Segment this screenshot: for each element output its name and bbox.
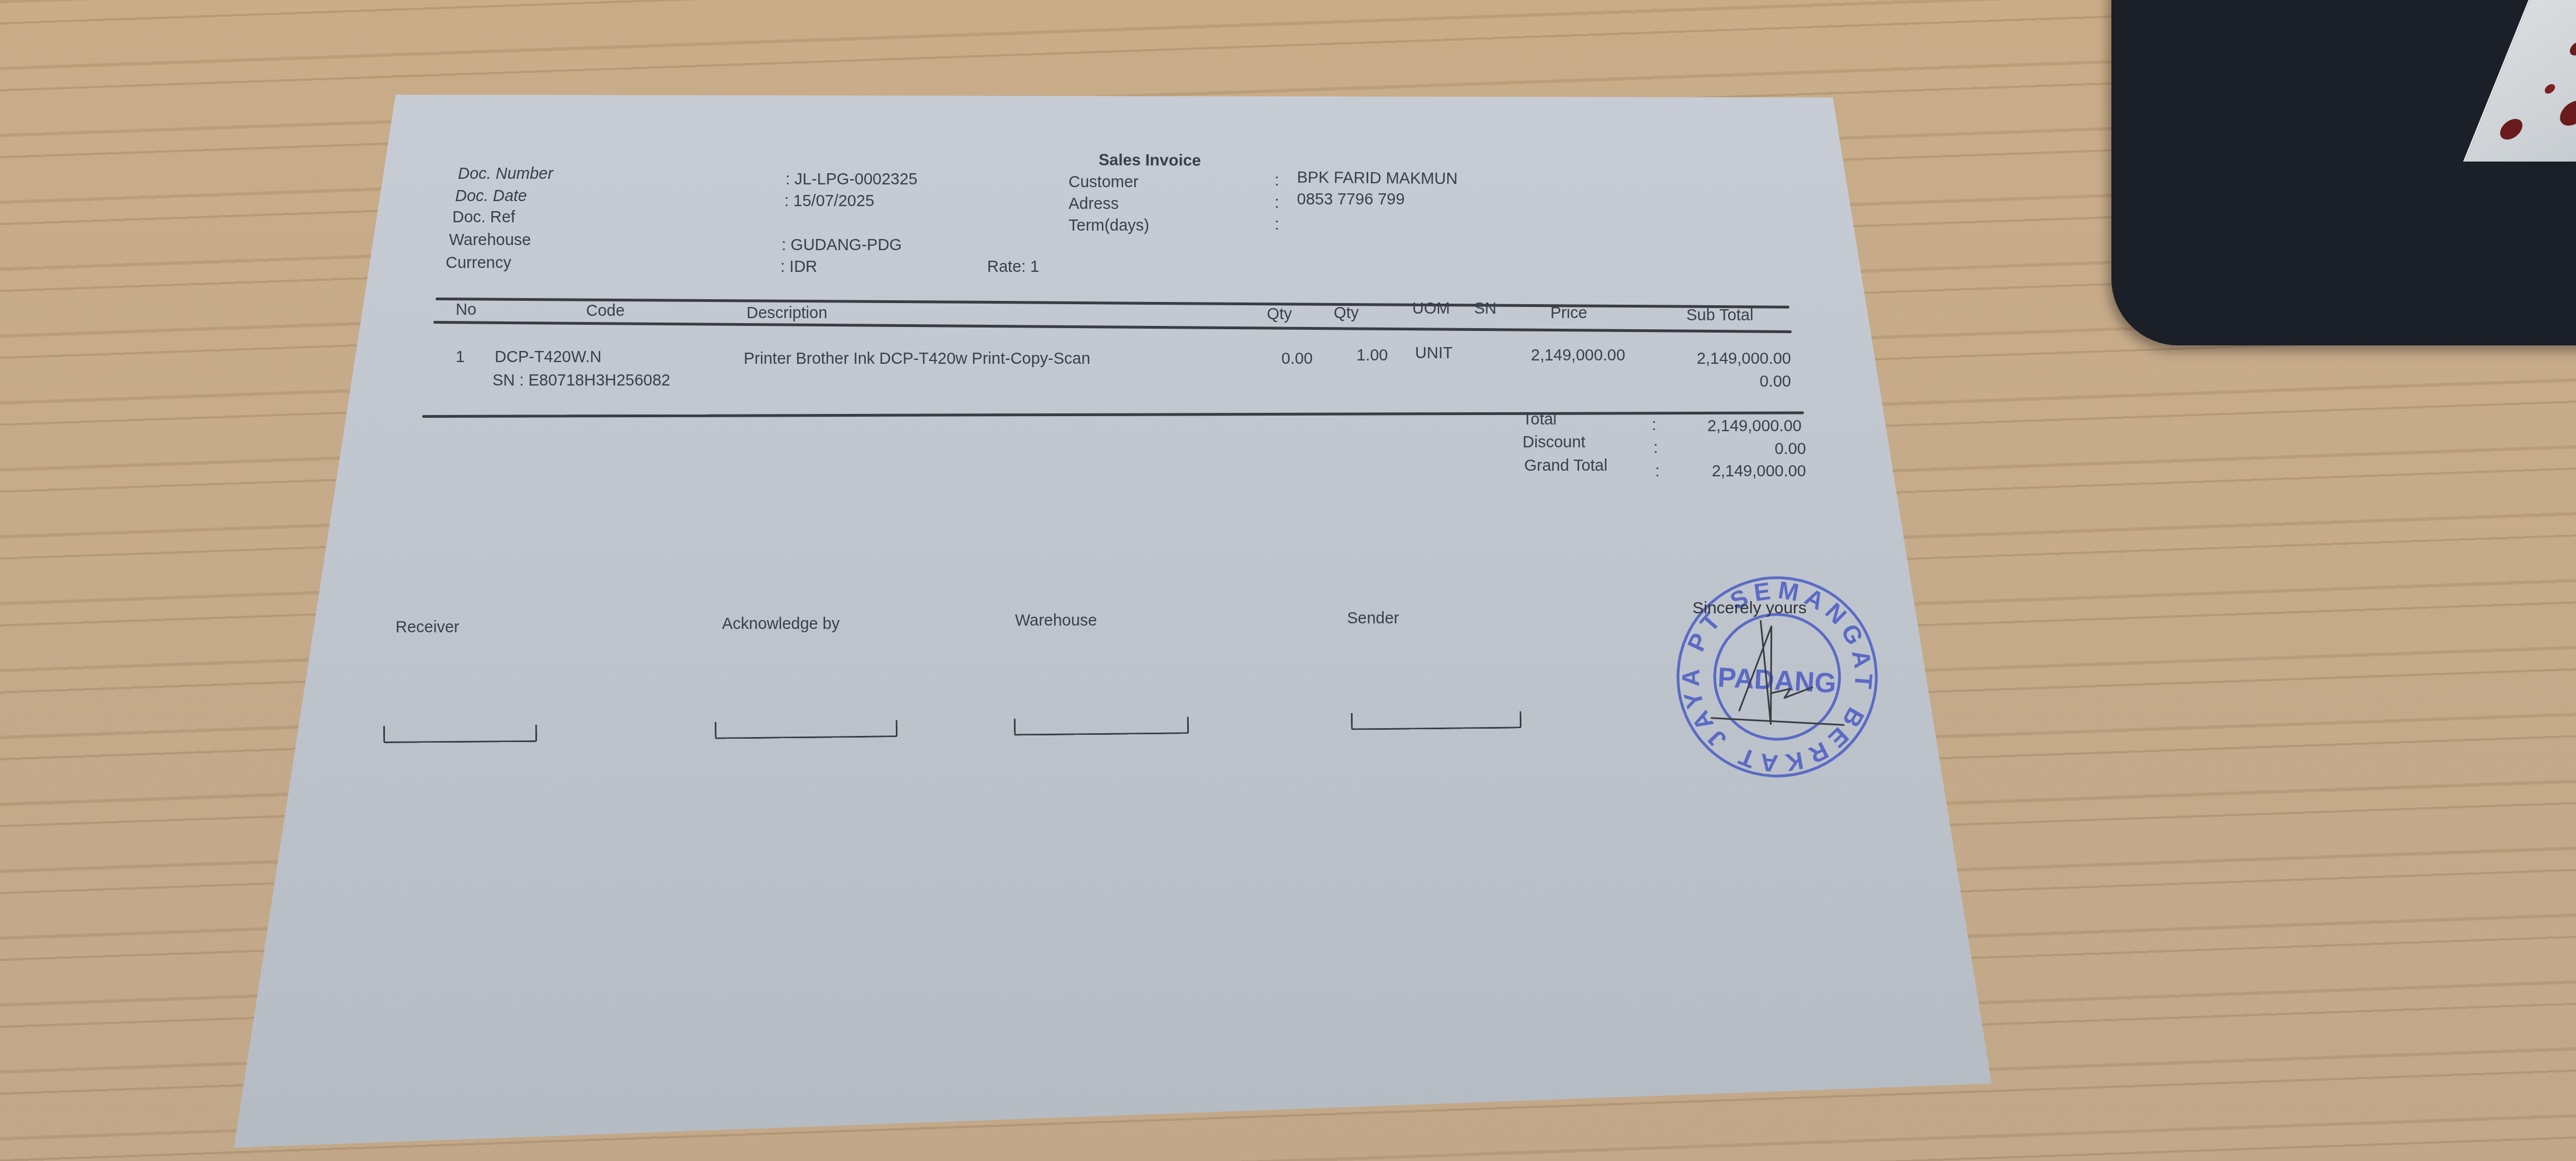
invoice-content: Sales Invoice Doc. Number Doc. Date Doc.… <box>0 0 2576 1161</box>
invoice-title: Sales Invoice <box>1099 152 1201 170</box>
acknowledge-signature-line <box>715 720 897 739</box>
total-sep: : <box>1652 416 1656 435</box>
sender-signature-line <box>1351 711 1521 730</box>
table-bottom-rule <box>422 412 1804 418</box>
row-code: DCP-T420W.N <box>495 348 602 367</box>
row-price: 2,149,000.00 <box>1531 347 1625 365</box>
discount-value: 0.00 <box>1660 440 1806 458</box>
col-qty-1: Qty <box>1267 305 1292 324</box>
term-sep: : <box>1275 216 1279 234</box>
grand-total-value: 2,149,000.00 <box>1660 462 1806 481</box>
discount-label: Discount <box>1523 433 1585 452</box>
row-qty-2: 1.00 <box>1357 347 1388 365</box>
col-code: Code <box>586 302 625 320</box>
row-uom: UNIT <box>1415 344 1453 363</box>
currency-value: : IDR <box>780 258 817 276</box>
receiver-label: Receiver <box>396 618 459 637</box>
warehouse-value: : GUDANG-PDG <box>782 236 902 255</box>
currency-label: Currency <box>446 254 511 272</box>
row-description: Printer Brother Ink DCP-T420w Print-Copy… <box>744 350 1090 368</box>
col-qty-2: Qty <box>1334 304 1359 323</box>
warehouse-signature-line <box>1014 716 1189 735</box>
customer-sep: : <box>1275 172 1279 190</box>
warehouse-label: Warehouse <box>449 231 531 250</box>
receiver-signature-line <box>383 725 537 743</box>
row-subtotal: 2,149,000.00 <box>1649 350 1791 368</box>
col-sn: SN <box>1474 300 1496 318</box>
sender-label: Sender <box>1347 609 1399 628</box>
doc-ref-label: Doc. Ref <box>452 208 515 227</box>
doc-number-value: : JL-LPG-0002325 <box>786 170 918 189</box>
address-value: 0853 7796 799 <box>1297 191 1405 209</box>
col-no: No <box>456 301 476 319</box>
term-label: Term(days) <box>1069 217 1149 235</box>
doc-date-label: Doc. Date <box>455 187 527 206</box>
rate-value: Rate: 1 <box>987 258 1040 276</box>
doc-date-value: : 15/07/2025 <box>784 192 874 211</box>
table-header-bottom-rule <box>433 321 1792 333</box>
row-subtotal-extra: 0.00 <box>1649 373 1791 391</box>
address-label: Adress <box>1069 195 1119 213</box>
col-subtotal: Sub Total <box>1686 306 1753 325</box>
acknowledge-label: Acknowledge by <box>722 615 840 633</box>
customer-value: BPK FARID MAKMUN <box>1297 169 1458 189</box>
discount-sep: : <box>1653 439 1658 457</box>
row-no: 1 <box>456 348 465 367</box>
grand-total-sep: : <box>1655 462 1660 481</box>
address-sep: : <box>1275 194 1279 212</box>
grand-total-label: Grand Total <box>1524 457 1607 475</box>
col-price: Price <box>1550 304 1587 323</box>
total-value: 2,149,000.00 <box>1660 417 1802 436</box>
doc-number-label: Doc. Number <box>458 165 553 183</box>
closing-text: Sincerely yours <box>1692 599 1807 618</box>
col-description: Description <box>747 304 827 323</box>
col-uom: UOM <box>1412 300 1450 318</box>
total-label: Total <box>1523 411 1557 429</box>
stamp-center-text: PADANG <box>1717 661 1837 699</box>
row-sn-line: SN : E80718H3H256082 <box>492 372 670 390</box>
row-qty-1: 0.00 <box>1281 350 1313 368</box>
customer-label: Customer <box>1069 173 1139 192</box>
warehouse-sign-label: Warehouse <box>1015 612 1097 630</box>
